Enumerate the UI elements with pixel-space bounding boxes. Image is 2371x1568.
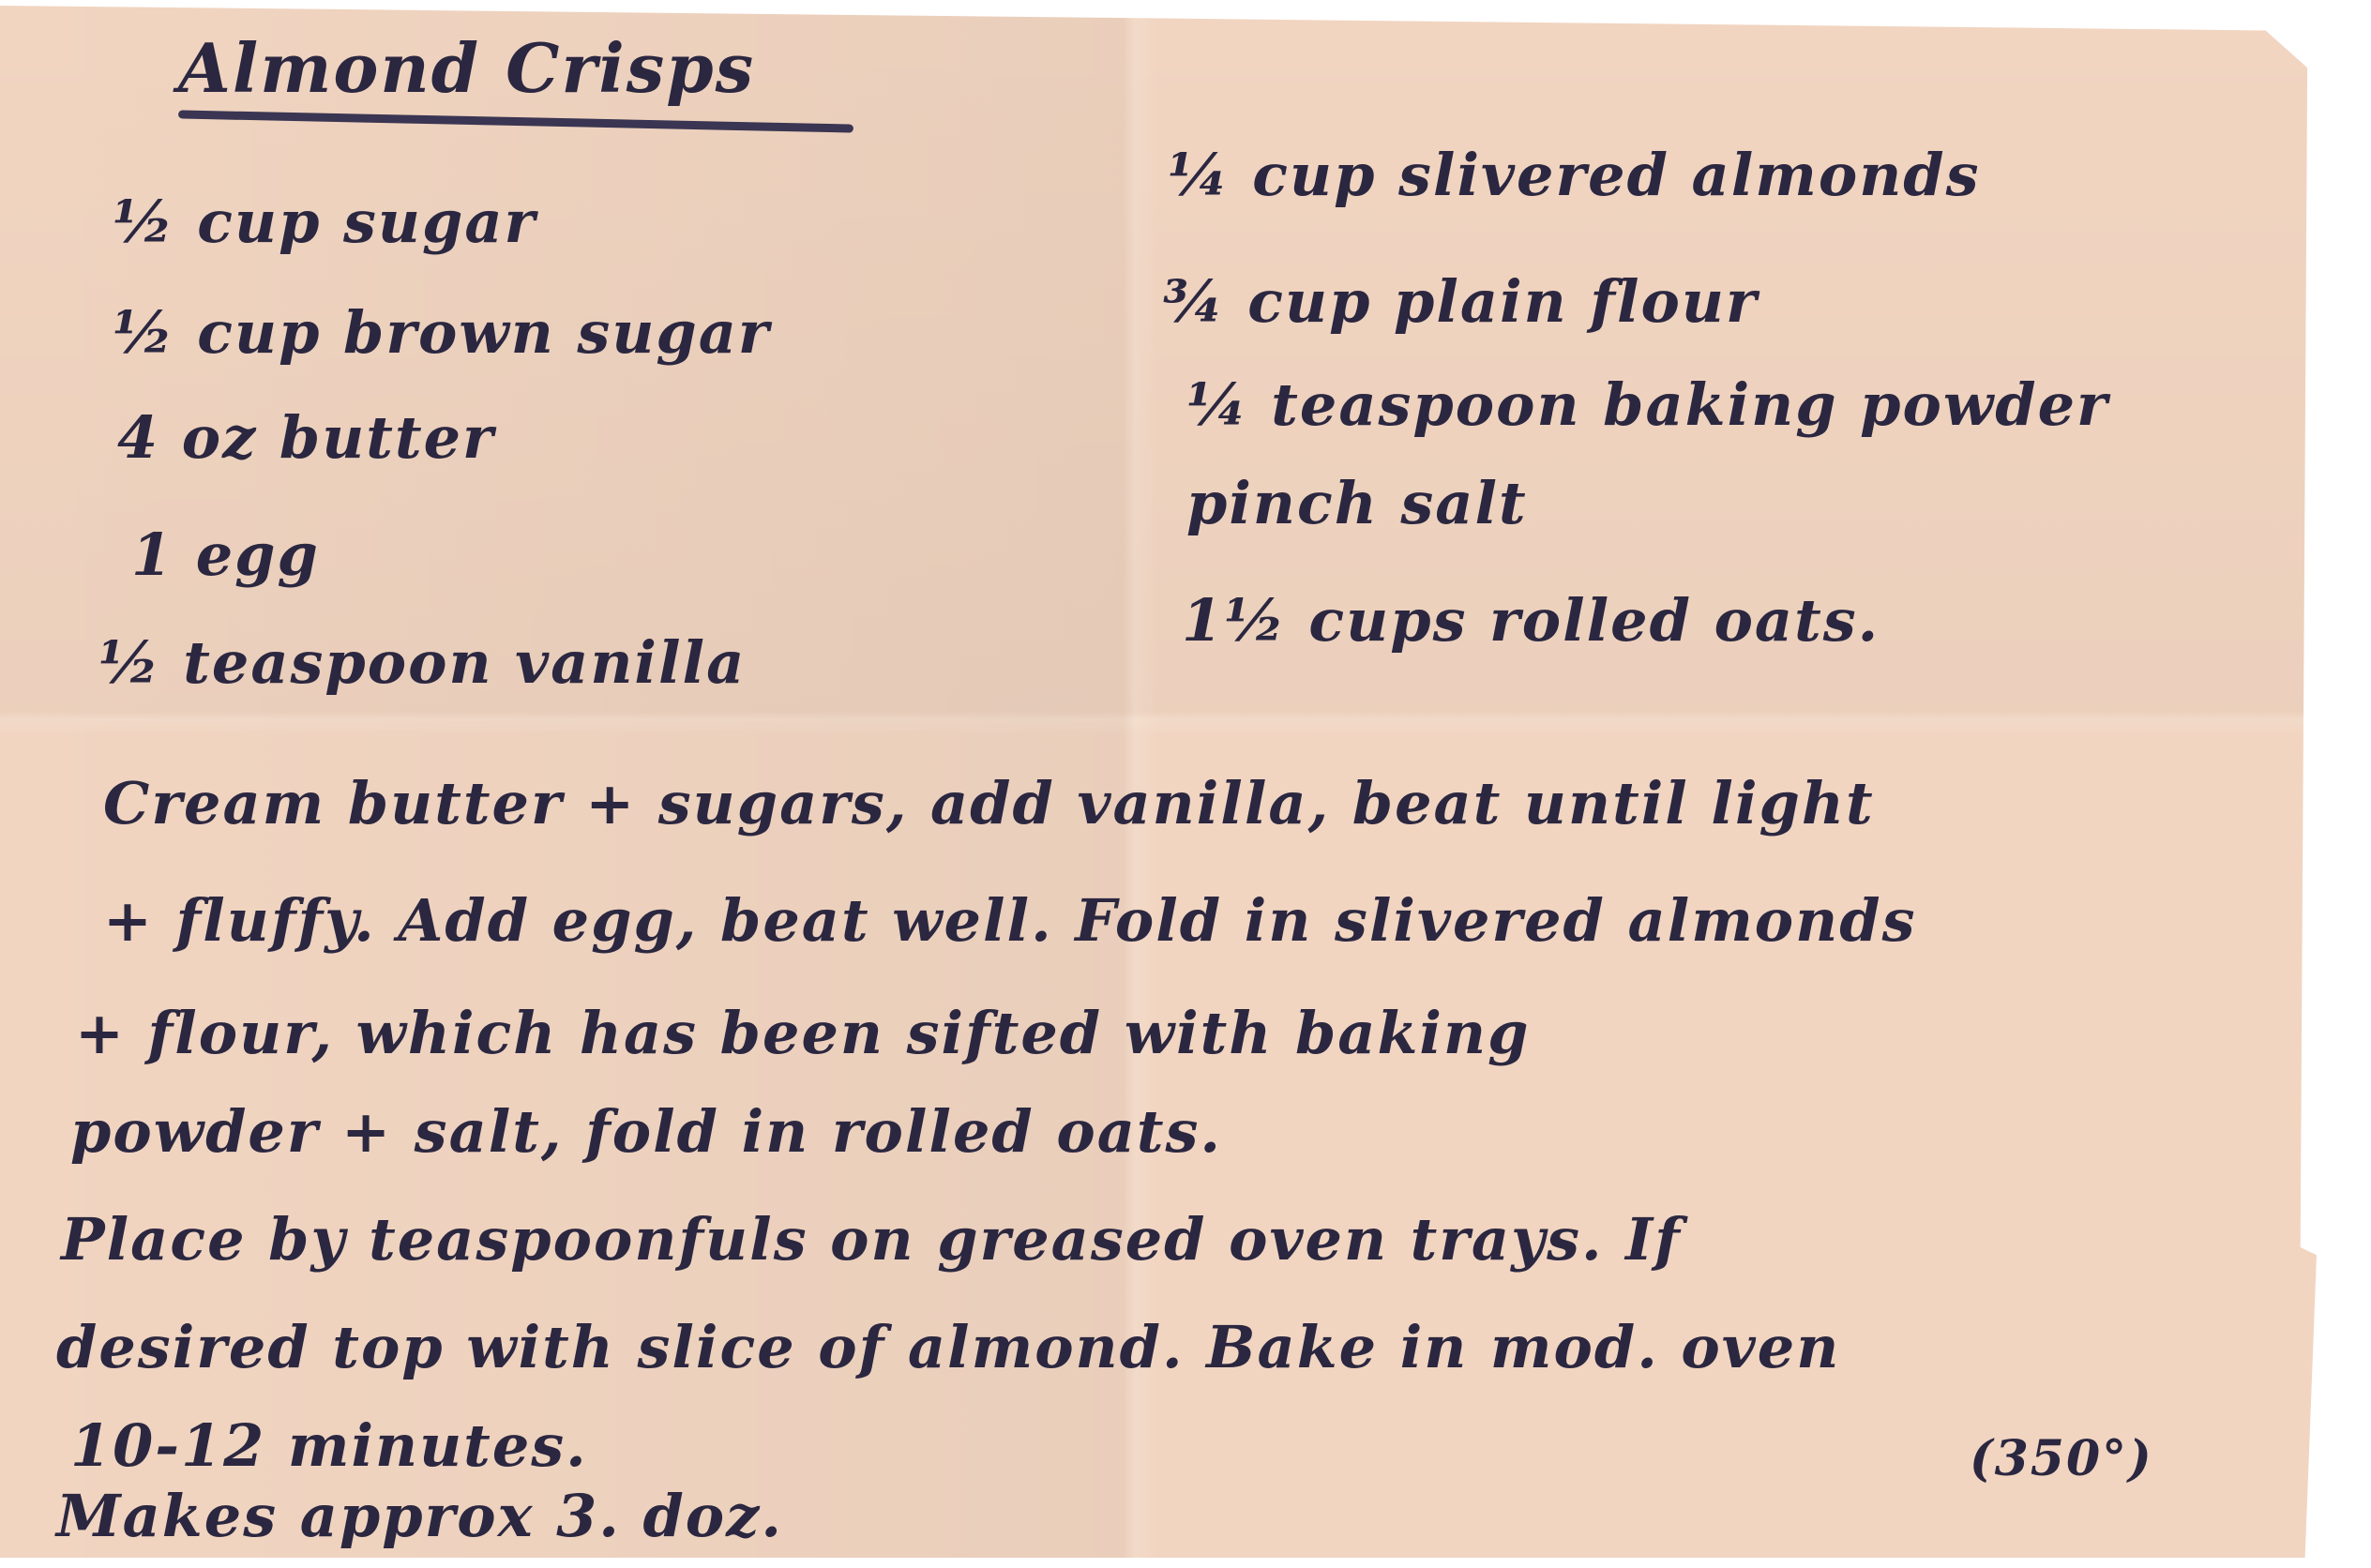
recipe-title: Almond Crisps <box>178 28 755 108</box>
ingredient-item: ½ cup sugar <box>113 188 536 256</box>
method-line: Cream butter + sugars, add vanilla, beat… <box>103 769 1875 837</box>
ingredient-item: 1 egg <box>131 520 320 589</box>
ingredient-item: ¾ cup plain flour <box>1163 267 1759 336</box>
method-line: desired top with slice of almond. Bake i… <box>56 1313 1840 1381</box>
ingredient-item: ½ cup brown sugar <box>113 298 771 367</box>
ingredient-item: 4 oz butter <box>117 403 495 472</box>
ingredient-item: ¼ cup slivered almonds <box>1168 141 1981 209</box>
ingredient-item: ¼ teaspoon baking powder <box>1186 370 2109 439</box>
method-line: + fluffy. Add egg, beat well. Fold in sl… <box>103 886 1917 955</box>
method-line: powder + salt, fold in rolled oats. <box>70 1097 1222 1166</box>
oven-temperature: (350°) <box>1970 1430 2153 1487</box>
ingredient-item: ½ teaspoon vanilla <box>98 628 746 697</box>
ingredient-item: pinch salt <box>1186 469 1528 537</box>
method-line: Makes approx 3. doz. <box>56 1482 783 1550</box>
method-line: Place by teaspoonfuls on greased oven tr… <box>61 1205 1682 1274</box>
method-line: 10-12 minutes. <box>70 1411 588 1480</box>
method-line: + flour, which has been sifted with baki… <box>75 999 1530 1067</box>
ingredient-item: 1½ cups rolled oats. <box>1182 586 1880 655</box>
